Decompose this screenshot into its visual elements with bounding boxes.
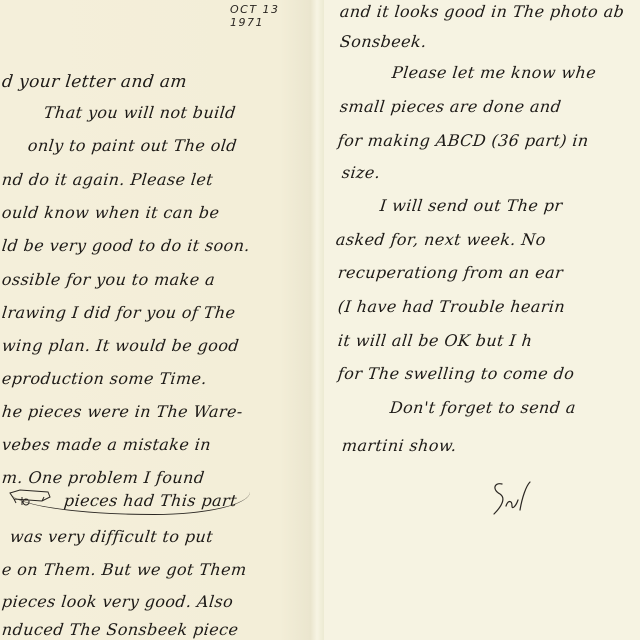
letter-line: he pieces were in The Ware- bbox=[1, 402, 244, 421]
letter-line: ould know when it can be bbox=[1, 203, 220, 222]
letter-date: OCT 13 1971 bbox=[230, 3, 318, 29]
letter-line: (I have had Trouble hearin bbox=[337, 297, 566, 316]
letter-line: for The swelling to come do bbox=[337, 364, 575, 383]
page-gutter bbox=[310, 0, 324, 640]
letter-line: I will send out The pr bbox=[379, 196, 564, 215]
letter-line: asked for, next week. No bbox=[335, 230, 547, 249]
underline-mark bbox=[10, 492, 250, 515]
letter-line: for making ABCD (36 part) in bbox=[337, 131, 590, 150]
letter-line: That you will not build bbox=[43, 103, 237, 122]
letter-line: m. One problem I found bbox=[1, 468, 206, 487]
letter-line: Please let me know whe bbox=[391, 63, 597, 82]
letter-line: small pieces are done and bbox=[339, 97, 562, 116]
letter-line: e on Them. But we got Them bbox=[1, 560, 248, 579]
left-page: OCT 13 1971 d your letter and am That yo… bbox=[0, 0, 318, 640]
letter-line: recuperationg from an ear bbox=[337, 263, 564, 282]
letter-line: lrawing I did for you of The bbox=[1, 303, 236, 322]
letter-line: it will all be OK but I h bbox=[337, 331, 533, 350]
letter-line: vebes made a mistake in bbox=[1, 435, 212, 454]
letter-line: size. bbox=[341, 163, 381, 182]
letter-line: wing plan. It would be good bbox=[1, 336, 240, 355]
right-page: and it looks good in The photo ab Sonsbe… bbox=[324, 0, 640, 640]
letter-line: Don't forget to send a bbox=[389, 398, 577, 417]
letter-line: nduced The Sonsbeek piece bbox=[1, 620, 239, 639]
letter-line: nd do it again. Please let bbox=[1, 170, 214, 189]
letter-line: was very difficult to put bbox=[9, 527, 214, 546]
signature-sol bbox=[490, 480, 540, 520]
letter-line: and it looks good in The photo ab bbox=[339, 2, 625, 21]
letter-line: ld be very good to do it soon. bbox=[1, 236, 251, 255]
letter-line: pieces look very good. Also bbox=[1, 592, 234, 611]
letter-line: d your letter and am bbox=[1, 72, 188, 92]
letter-line: eproduction some Time. bbox=[1, 369, 208, 388]
letter-line: ossible for you to make a bbox=[1, 270, 216, 289]
letter-line: only to paint out The old bbox=[27, 136, 238, 155]
letter-line: Sonsbeek. bbox=[339, 32, 428, 51]
letter-line: martini show. bbox=[341, 436, 458, 455]
